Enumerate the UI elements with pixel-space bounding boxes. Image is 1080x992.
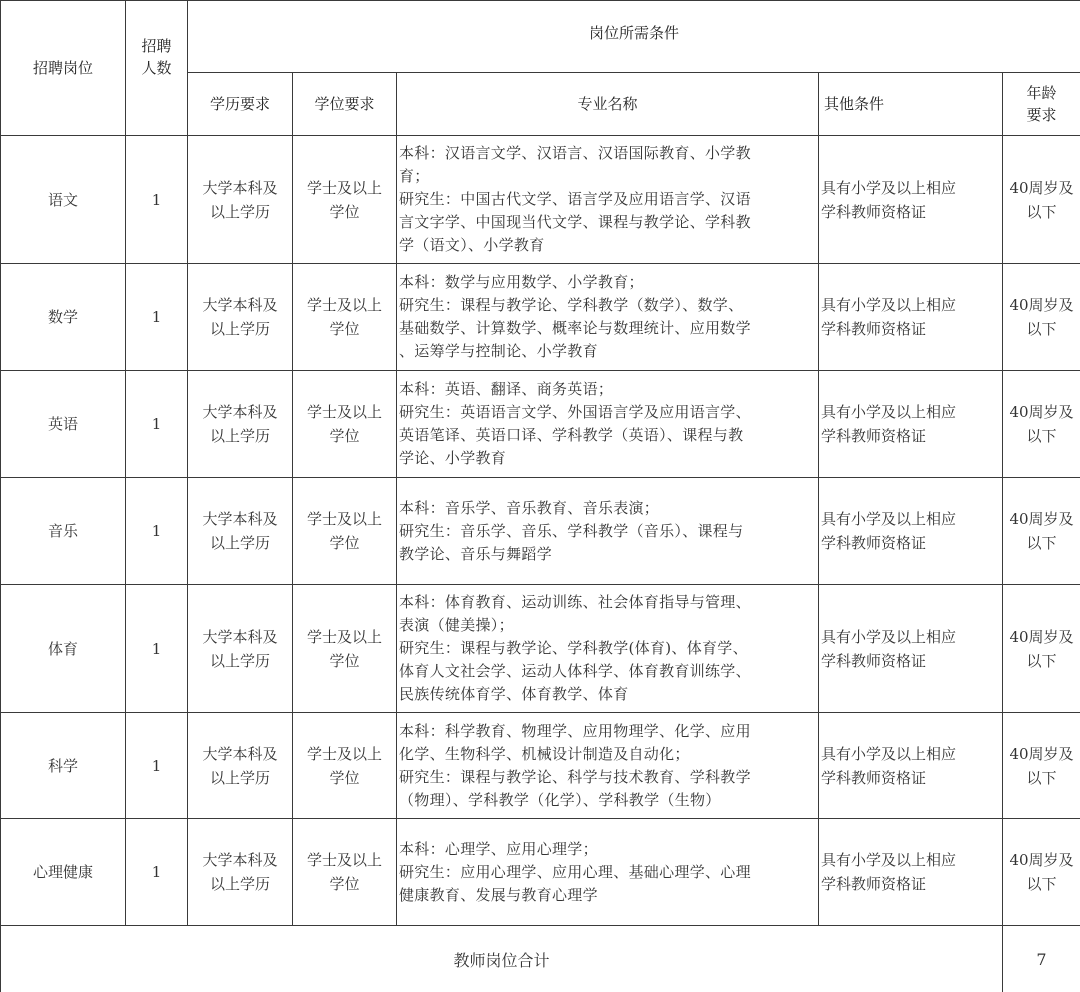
table-row: 英语 1 大学本科及以上学历 学士及以上学位 本科：英语、翻译、商务英语； 研究… <box>1 371 1080 478</box>
cell-position: 音乐 <box>1 478 126 585</box>
header-education: 学历要求 <box>188 73 293 136</box>
cell-major: 本科：音乐学、音乐教育、音乐表演； 研究生：音乐学、音乐、学科教学（音乐）、课程… <box>397 478 819 585</box>
total-value: 7 <box>1003 926 1080 992</box>
cell-age: 40周岁及以下 <box>1003 713 1080 819</box>
header-other: 其他条件 <box>819 73 1003 136</box>
header-position: 招聘岗位 <box>1 1 126 136</box>
header-conditions-group: 岗位所需条件 <box>188 1 1080 73</box>
cell-position: 数学 <box>1 264 126 371</box>
cell-major: 本科：科学教育、物理学、应用物理学、化学、应用 化学、生物科学、机械设计制造及自… <box>397 713 819 819</box>
cell-position: 语文 <box>1 136 126 264</box>
header-count: 招聘 人数 <box>126 1 188 136</box>
cell-count: 1 <box>126 478 188 585</box>
header-major: 专业名称 <box>397 73 819 136</box>
table-row: 数学 1 大学本科及以上学历 学士及以上学位 本科：数学与应用数学、小学教育； … <box>1 264 1080 371</box>
cell-other: 具有小学及以上相应学科教师资格证 <box>819 264 1003 371</box>
cell-age: 40周岁及以下 <box>1003 819 1080 926</box>
cell-age: 40周岁及以下 <box>1003 264 1080 371</box>
cell-major: 本科：英语、翻译、商务英语； 研究生：英语语言文学、外国语言学及应用语言学、 英… <box>397 371 819 478</box>
cell-education: 大学本科及以上学历 <box>188 585 293 713</box>
table-row: 科学 1 大学本科及以上学历 学士及以上学位 本科：科学教育、物理学、应用物理学… <box>1 713 1080 819</box>
cell-degree: 学士及以上学位 <box>293 136 397 264</box>
cell-other: 具有小学及以上相应学科教师资格证 <box>819 585 1003 713</box>
cell-position: 英语 <box>1 371 126 478</box>
recruitment-table: 招聘岗位 招聘 人数 岗位所需条件 学历要求 学位要求 专业名称 其他条件 年龄… <box>0 0 1080 992</box>
cell-age: 40周岁及以下 <box>1003 478 1080 585</box>
cell-other: 具有小学及以上相应学科教师资格证 <box>819 713 1003 819</box>
cell-degree: 学士及以上学位 <box>293 713 397 819</box>
cell-other: 具有小学及以上相应学科教师资格证 <box>819 371 1003 478</box>
cell-degree: 学士及以上学位 <box>293 264 397 371</box>
cell-position: 科学 <box>1 713 126 819</box>
cell-age: 40周岁及以下 <box>1003 136 1080 264</box>
table-row: 心理健康 1 大学本科及以上学历 学士及以上学位 本科：心理学、应用心理学； 研… <box>1 819 1080 926</box>
cell-degree: 学士及以上学位 <box>293 371 397 478</box>
cell-other: 具有小学及以上相应学科教师资格证 <box>819 819 1003 926</box>
table-row: 音乐 1 大学本科及以上学历 学士及以上学位 本科：音乐学、音乐教育、音乐表演；… <box>1 478 1080 585</box>
cell-major: 本科：心理学、应用心理学； 研究生：应用心理学、应用心理、基础心理学、心理 健康… <box>397 819 819 926</box>
cell-count: 1 <box>126 264 188 371</box>
cell-education: 大学本科及以上学历 <box>188 478 293 585</box>
cell-major: 本科：汉语言文学、汉语言、汉语国际教育、小学教 育； 研究生：中国古代文学、语言… <box>397 136 819 264</box>
cell-degree: 学士及以上学位 <box>293 478 397 585</box>
cell-education: 大学本科及以上学历 <box>188 713 293 819</box>
table-row: 语文 1 大学本科及以上学历 学士及以上学位 本科：汉语言文学、汉语言、汉语国际… <box>1 136 1080 264</box>
cell-count: 1 <box>126 371 188 478</box>
cell-education: 大学本科及以上学历 <box>188 819 293 926</box>
cell-count: 1 <box>126 819 188 926</box>
cell-position: 心理健康 <box>1 819 126 926</box>
header-age: 年龄 要求 <box>1003 73 1080 136</box>
cell-major: 本科：数学与应用数学、小学教育； 研究生：课程与教学论、学科教学（数学）、数学、… <box>397 264 819 371</box>
cell-position: 体育 <box>1 585 126 713</box>
cell-count: 1 <box>126 713 188 819</box>
cell-education: 大学本科及以上学历 <box>188 371 293 478</box>
total-row: 教师岗位合计 7 <box>1 926 1080 992</box>
cell-major: 本科：体育教育、运动训练、社会体育指导与管理、 表演（健美操）； 研究生：课程与… <box>397 585 819 713</box>
cell-count: 1 <box>126 585 188 713</box>
cell-count: 1 <box>126 136 188 264</box>
header-degree: 学位要求 <box>293 73 397 136</box>
total-label: 教师岗位合计 <box>1 926 1003 992</box>
cell-education: 大学本科及以上学历 <box>188 136 293 264</box>
cell-age: 40周岁及以下 <box>1003 371 1080 478</box>
cell-education: 大学本科及以上学历 <box>188 264 293 371</box>
cell-age: 40周岁及以下 <box>1003 585 1080 713</box>
cell-degree: 学士及以上学位 <box>293 819 397 926</box>
cell-degree: 学士及以上学位 <box>293 585 397 713</box>
cell-other: 具有小学及以上相应学科教师资格证 <box>819 478 1003 585</box>
table-row: 体育 1 大学本科及以上学历 学士及以上学位 本科：体育教育、运动训练、社会体育… <box>1 585 1080 713</box>
cell-other: 具有小学及以上相应学科教师资格证 <box>819 136 1003 264</box>
